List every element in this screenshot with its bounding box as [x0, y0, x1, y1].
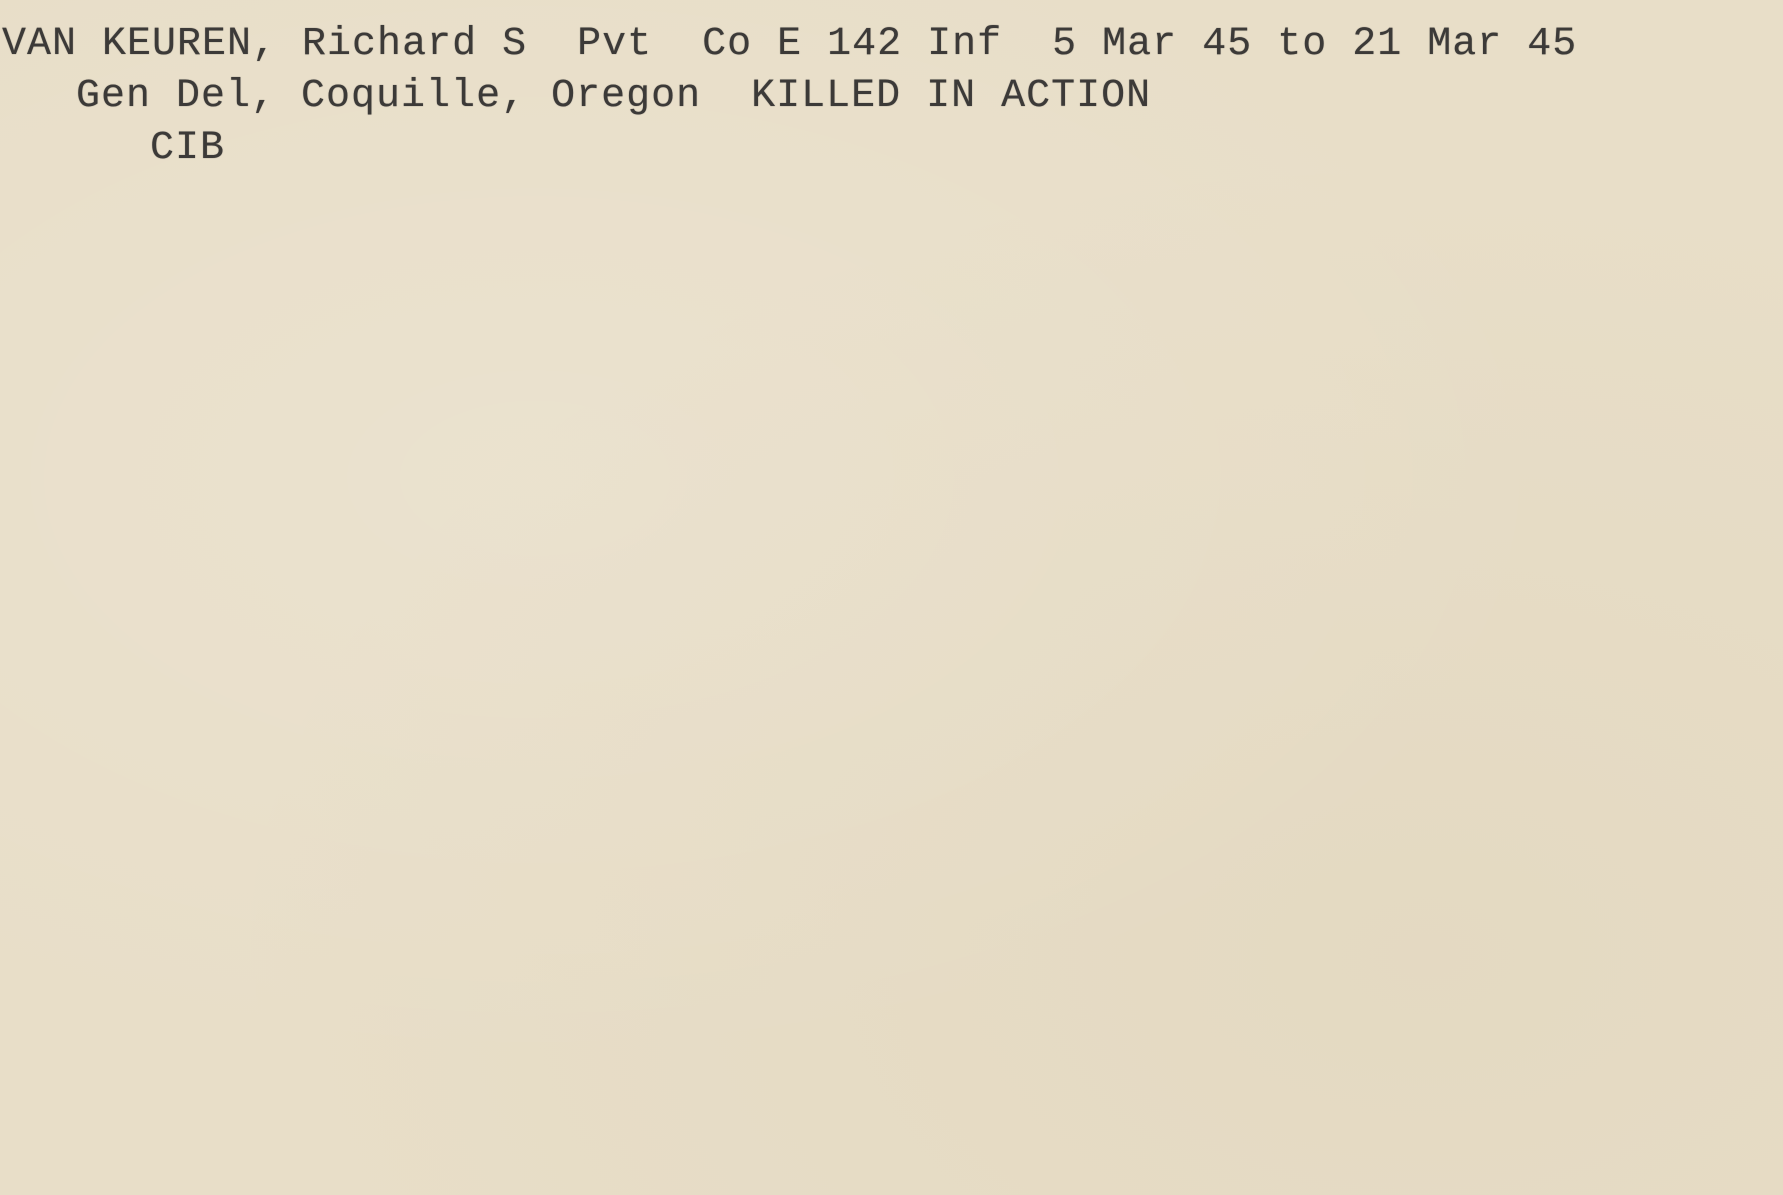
card-line-name-unit-dates: VAN KEUREN, Richard S Pvt Co E 142 Inf 5…	[2, 22, 1577, 67]
card-line-award: CIB	[150, 126, 225, 171]
card-line-address-status: Gen Del, Coquille, Oregon KILLED IN ACTI…	[76, 74, 1151, 119]
index-card: VAN KEUREN, Richard S Pvt Co E 142 Inf 5…	[0, 0, 1783, 1195]
